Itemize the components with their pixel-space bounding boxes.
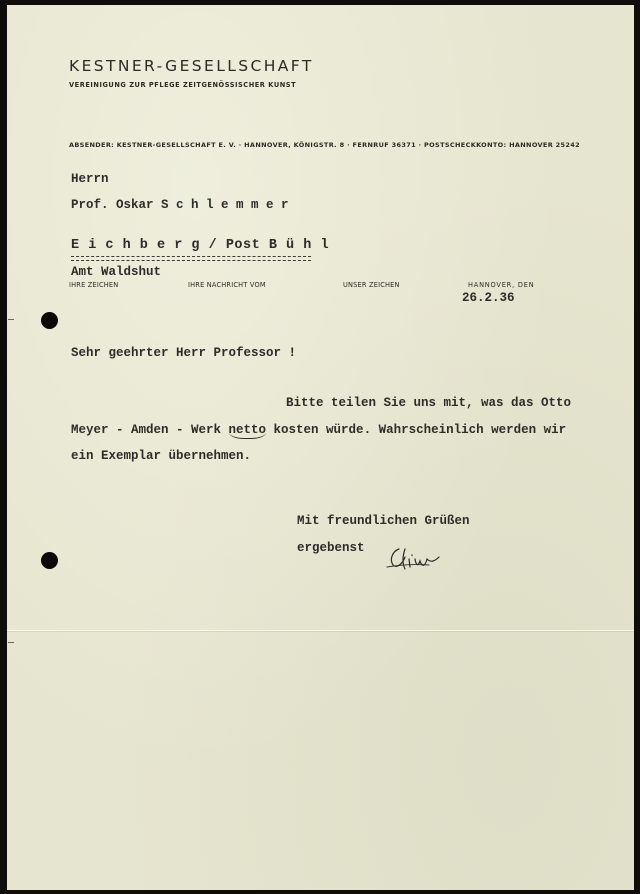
greeting: Sehr geehrter Herr Professor ! [71,346,296,360]
fold-mark [8,319,14,320]
body-line-2-end: kosten würde. Wahrscheinlich werden wir [266,423,566,437]
recipient-name: Prof. Oskar S c h l e m m e r [71,198,289,212]
label-our-reference: UNSER ZEICHEN [343,281,400,289]
signature-icon [385,545,445,575]
body-line-2: Meyer - Amden - Werk netto kosten würde.… [71,423,566,437]
underlined-word-netto: netto [229,423,267,439]
punch-hole-icon [41,552,58,569]
body-line-3: ein Exemplar übernehmen. [71,449,251,463]
label-your-message: IHRE NACHRICHT VOM [188,281,266,289]
punch-hole-icon [41,312,58,329]
body-line-1: Bitte teilen Sie uns mit, was das Otto [286,396,571,410]
organization-subtitle: VEREINIGUNG ZUR PFLEGE ZEITGENÖSSISCHER … [69,81,296,89]
typed-double-underline [71,256,311,261]
recipient-salutation: Herrn [71,172,109,186]
sender-line: ABSENDER: KESTNER-GESELLSCHAFT E. V. · H… [69,141,580,149]
organization-name: KESTNER-GESELLSCHAFT [69,57,314,75]
closing-phrase: Mit freundlichen Grüßen [297,514,470,528]
letter-date: 26.2.36 [462,291,515,305]
body-line-2-start: Meyer - Amden - Werk [71,423,229,437]
label-place-date: HANNOVER, DEN [468,281,534,289]
label-your-reference: IHRE ZEICHEN [69,281,118,289]
letter-page: KESTNER-GESELLSCHAFT VEREINIGUNG ZUR PFL… [7,5,634,890]
recipient-place: E i c h b e r g / Post B ü h l [71,238,329,253]
closing-regards: ergebenst [297,541,365,555]
paper-fold-line [7,630,634,631]
recipient-district: Amt Waldshut [71,265,161,279]
fold-mark [8,642,14,643]
